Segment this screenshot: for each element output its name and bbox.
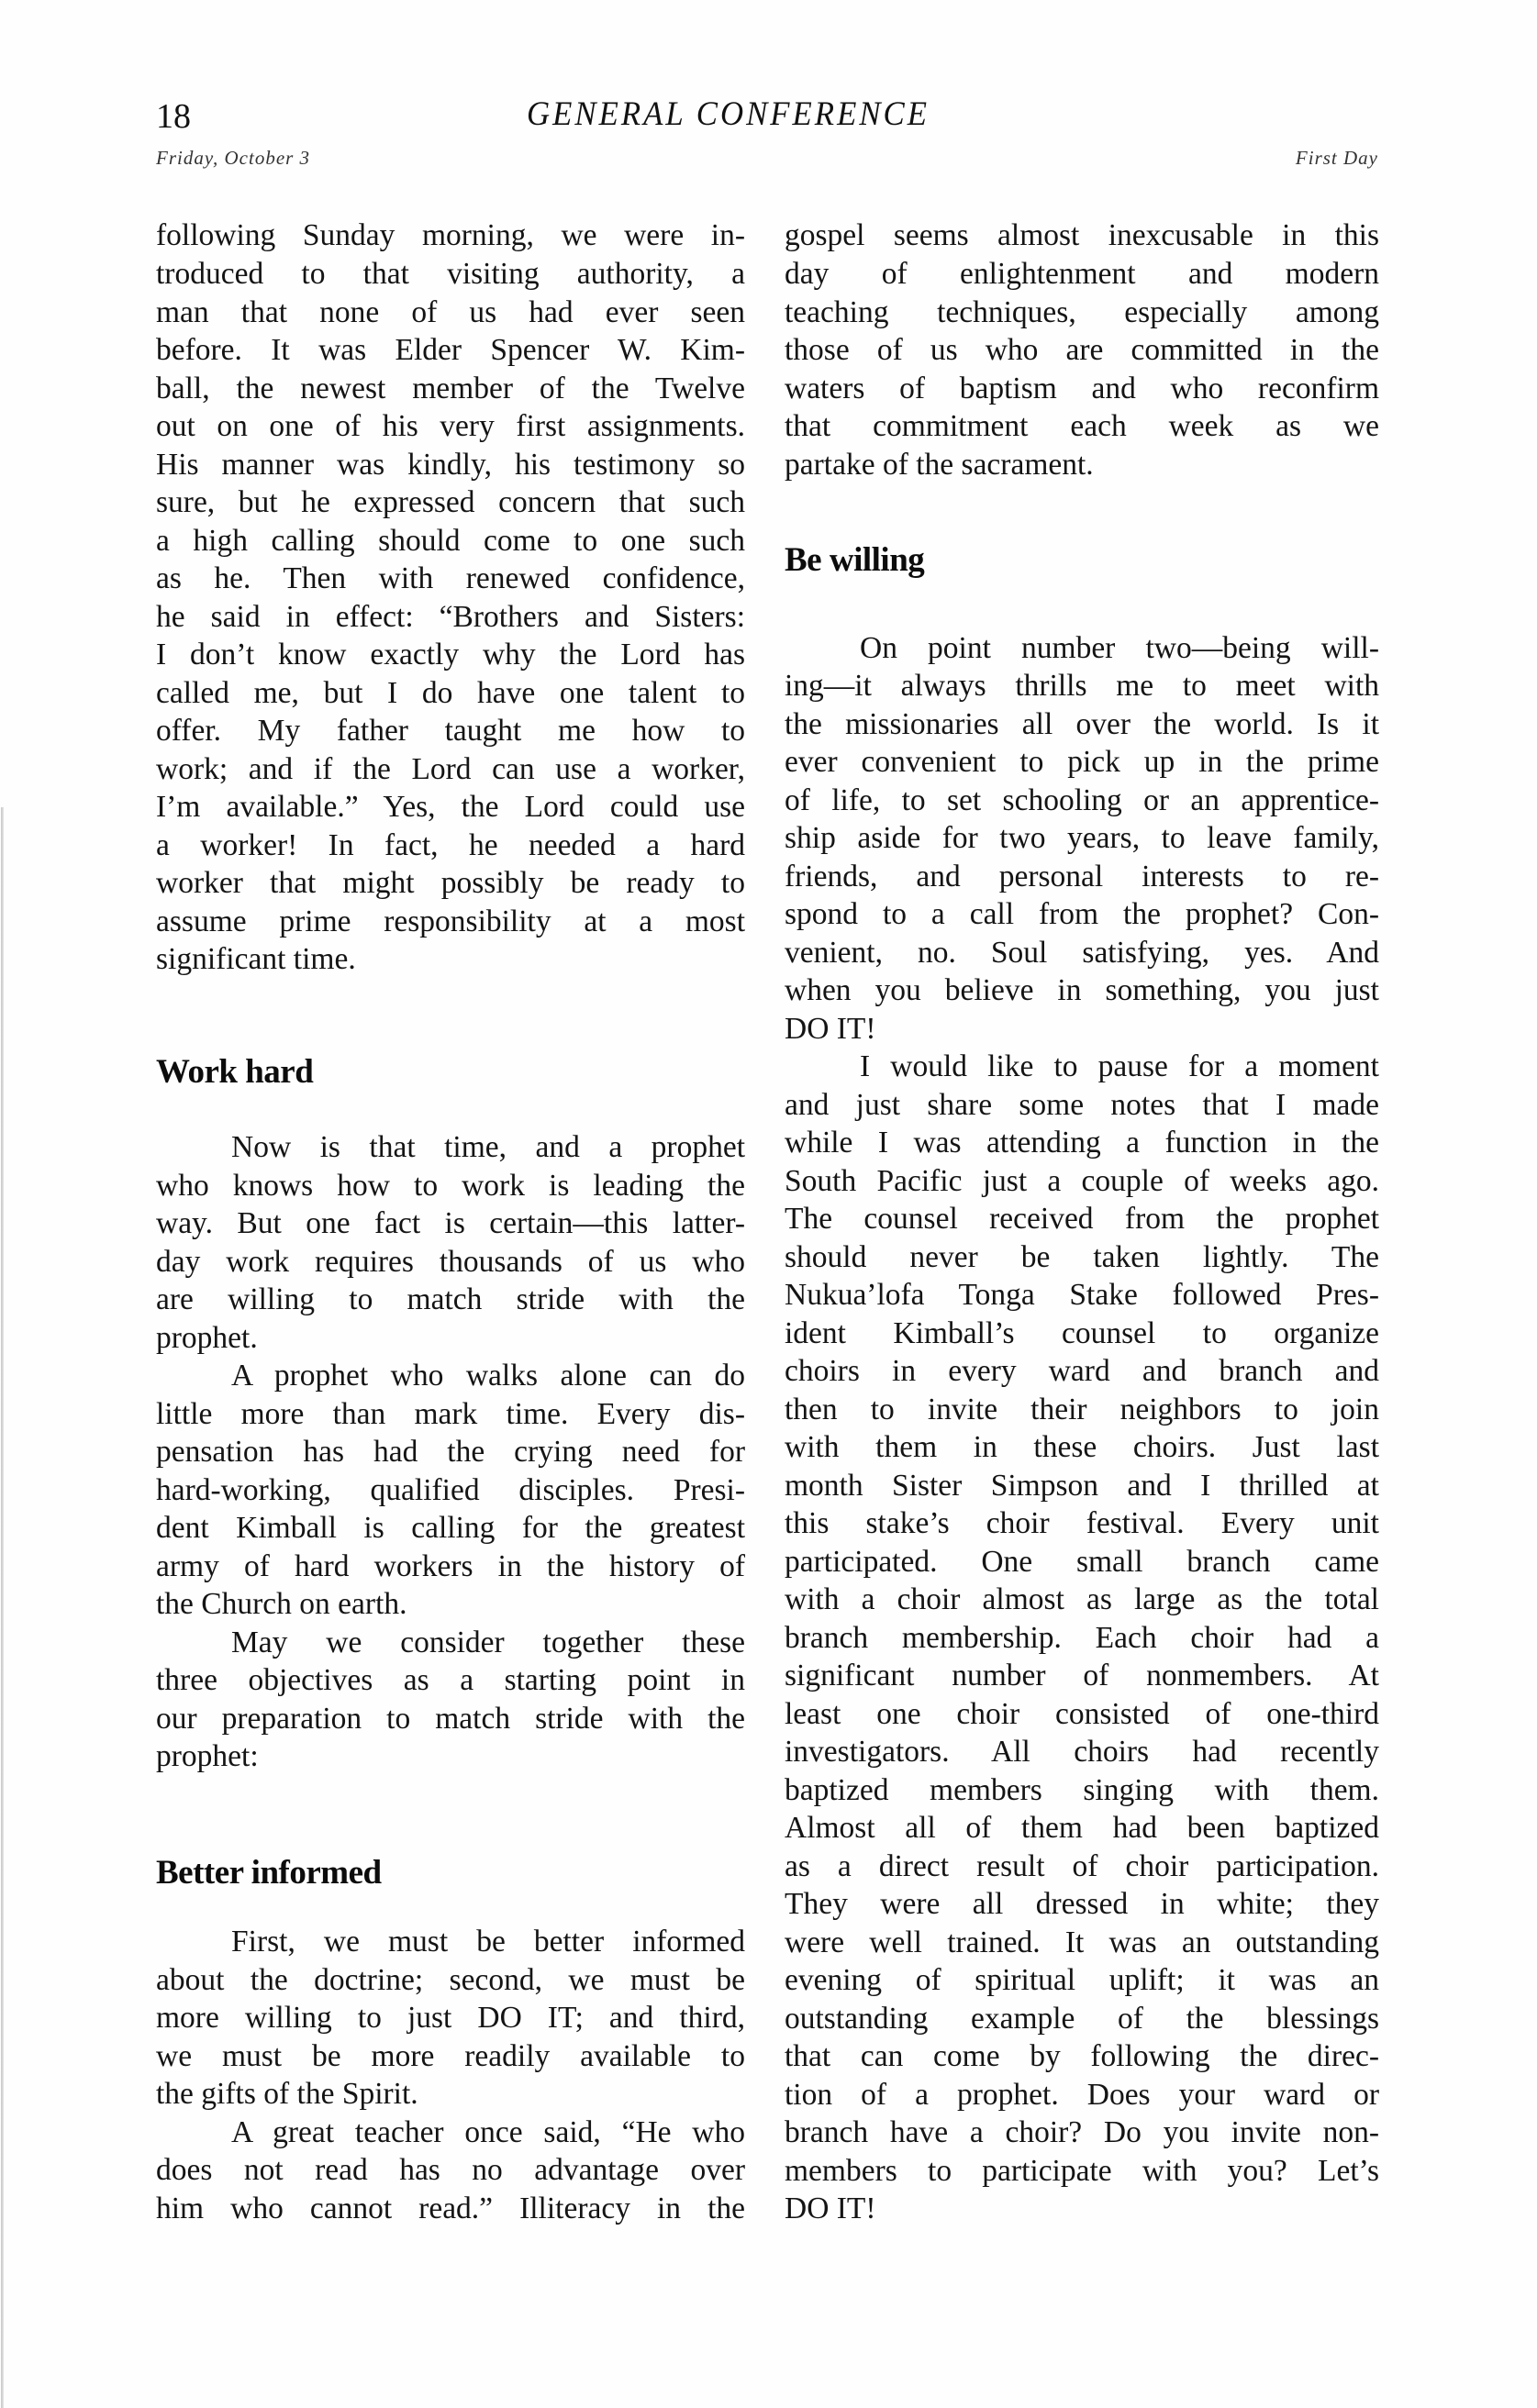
text-line: significant time. [156, 940, 745, 979]
text-line: day of enlightenment and modern [785, 255, 1379, 294]
session-date: Friday, October 3 [156, 149, 310, 168]
text-line: way. But one fact is certain—this latter… [156, 1204, 745, 1243]
text-line: and just share some notes that I made [785, 1086, 1379, 1125]
text-line: does not read has no advantage over [156, 2151, 745, 2190]
text-line: May we consider together these [156, 1624, 745, 1662]
text-line: members to participate with you? Let’s [785, 2152, 1379, 2191]
text-line: assume prime responsibility at a most [156, 903, 745, 941]
text-line: spond to a call from the prophet? Con- [785, 895, 1379, 934]
text-line: who knows how to work is leading the [156, 1167, 745, 1205]
text-line: month Sister Simpson and I thrilled at [785, 1467, 1379, 1505]
text-line: day work requires thousands of us who [156, 1243, 745, 1282]
text-line: South Pacific just a couple of weeks ago… [785, 1162, 1379, 1201]
text-line: They were all dressed in white; they [785, 1885, 1379, 1924]
text-line: worker that might possibly be ready to [156, 864, 745, 903]
text-line: him who cannot read.” Illiteracy in the [156, 2190, 745, 2228]
text-line: A great teacher once said, “He who [156, 2114, 745, 2152]
text-line: should never be taken lightly. The [785, 1238, 1379, 1277]
text-line: Nukua’lofa Tonga Stake followed Pres- [785, 1276, 1379, 1315]
text-line: we must be more readily available to [156, 2037, 745, 2076]
text-line: The counsel received from the prophet [785, 1200, 1379, 1238]
text-line: least one choir consisted of one-third [785, 1695, 1379, 1734]
text-line: I’m available.” Yes, the Lord could use [156, 788, 745, 827]
text-line: choirs in every ward and branch and [785, 1352, 1379, 1391]
text-line: branch have a choir? Do you invite non- [785, 2114, 1379, 2152]
text-line: following Sunday morning, we were in- [156, 216, 745, 255]
running-title: GENERAL CONFERENCE [527, 97, 963, 131]
text-line: ship aside for two years, to leave famil… [785, 819, 1379, 858]
text-line: out on one of his very first assignments… [156, 407, 745, 446]
text-line: as he. Then with renewed confidence, [156, 560, 745, 598]
text-line: DO IT! [785, 1010, 1379, 1049]
text-line: the gifts of the Spirit. [156, 2075, 745, 2114]
text-line: little more than mark time. Every dis- [156, 1395, 745, 1434]
text-line: with them in these choirs. Just last [785, 1428, 1379, 1467]
text-line: our preparation to match stride with the [156, 1700, 745, 1738]
text-line: called me, but I do have one talent to [156, 674, 745, 713]
text-line: then to invite their neighbors to join [785, 1391, 1379, 1429]
text-line: were well trained. It was an outstanding [785, 1924, 1379, 1962]
text-line: the missionaries all over the world. Is … [785, 705, 1379, 744]
text-line: dent Kimball is calling for the greatest [156, 1509, 745, 1548]
text-line: His manner was kindly, his testimony so [156, 446, 745, 484]
text-line: ball, the newest member of the Twelve [156, 370, 745, 408]
text-line: venient, no. Soul satisfying, yes. And [785, 934, 1379, 972]
text-line: ever convenient to pick up in the prime [785, 743, 1379, 782]
scan-edge-line [1, 807, 4, 2408]
text-line: three objectives as a starting point in [156, 1661, 745, 1700]
text-line: are willing to match stride with the [156, 1281, 745, 1319]
text-line: ing—it always thrills me to meet with [785, 667, 1379, 705]
text-line: hard-working, qualified disciples. Presi… [156, 1471, 745, 1510]
text-line: man that none of us had ever seen [156, 294, 745, 332]
text-line: I would like to pause for a moment [785, 1048, 1379, 1086]
text-line: the Church on earth. [156, 1585, 745, 1624]
text-line: this stake’s choir festival. Every unit [785, 1504, 1379, 1543]
text-line: baptized members singing with them. [785, 1771, 1379, 1810]
text-line: First, we must be better informed [156, 1923, 745, 1961]
text-line: waters of baptism and who reconfirm [785, 370, 1379, 408]
text-line: with a choir almost as large as the tota… [785, 1581, 1379, 1619]
text-line: Now is that time, and a prophet [156, 1128, 745, 1167]
text-line: that commitment each week as we [785, 407, 1379, 446]
text-line: gospel seems almost inexcusable in this [785, 216, 1379, 255]
text-line: he said in effect: “Brothers and Sisters… [156, 598, 745, 637]
session-day: First Day [1296, 149, 1378, 168]
text-line: troduced to that visiting authority, a [156, 255, 745, 294]
text-line: On point number two—being will- [785, 629, 1379, 668]
text-line: more willing to just DO IT; and third, [156, 1999, 745, 2037]
text-line: a worker! In fact, he needed a hard [156, 827, 745, 865]
text-line: army of hard workers in the history of [156, 1548, 745, 1586]
text-line: before. It was Elder Spencer W. Kim- [156, 331, 745, 370]
text-line: teaching techniques, especially among [785, 294, 1379, 332]
text-line: investigators. All choirs had recently [785, 1733, 1379, 1771]
text-line: as a direct result of choir participatio… [785, 1848, 1379, 1886]
text-line: Almost all of them had been baptized [785, 1809, 1379, 1848]
text-line: prophet: [156, 1737, 745, 1776]
text-line: while I was attending a function in the [785, 1124, 1379, 1162]
section-heading-be-willing: Be willing [785, 541, 924, 580]
section-heading-work-hard: Work hard [156, 1053, 313, 1092]
text-line: prophet. [156, 1319, 745, 1358]
text-line: I don’t know exactly why the Lord has [156, 636, 745, 674]
text-line: offer. My father taught me how to [156, 712, 745, 750]
text-line: significant number of nonmembers. At [785, 1657, 1379, 1695]
text-line: about the doctrine; second, we must be [156, 1961, 745, 2000]
section-heading-better-informed: Better informed [156, 1854, 382, 1892]
text-line: those of us who are committed in the [785, 331, 1379, 370]
text-line: A prophet who walks alone can do [156, 1357, 745, 1395]
text-line: work; and if the Lord can use a worker, [156, 750, 745, 789]
text-line: of life, to set schooling or an apprenti… [785, 782, 1379, 820]
text-line: evening of spiritual uplift; it was an [785, 1961, 1379, 2000]
document-page: 18 GENERAL CONFERENCE Friday, October 3 … [0, 0, 1537, 2408]
text-line: sure, but he expressed concern that such [156, 483, 745, 522]
text-line: friends, and personal interests to re- [785, 858, 1379, 896]
text-line: that can come by following the direc- [785, 2037, 1379, 2076]
text-line: DO IT! [785, 2190, 1379, 2228]
text-line: outstanding example of the blessings [785, 2000, 1379, 2038]
text-line: branch membership. Each choir had a [785, 1619, 1379, 1658]
text-line: a high calling should come to one such [156, 522, 745, 560]
text-line: tion of a prophet. Does your ward or [785, 2076, 1379, 2114]
text-line: when you believe in something, you just [785, 971, 1379, 1010]
text-line: pensation has had the crying need for [156, 1433, 745, 1471]
page-number: 18 [156, 99, 191, 134]
text-line: participated. One small branch came [785, 1543, 1379, 1581]
text-line: ident Kimball’s counsel to organize [785, 1315, 1379, 1353]
text-line: partake of the sacrament. [785, 446, 1379, 484]
